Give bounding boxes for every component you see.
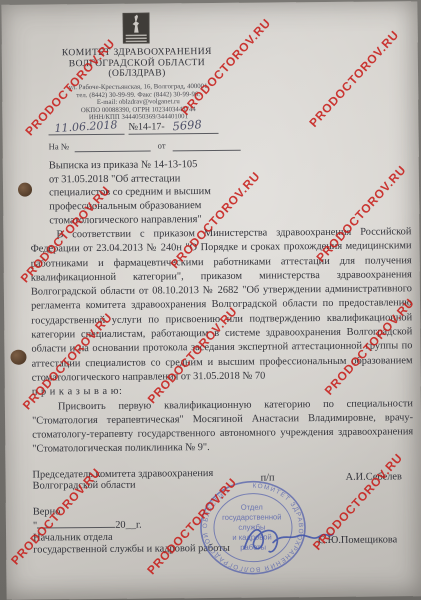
watermark: PRODOCTOROV.RU [306,28,401,130]
chairman-title-line2: Волгоградской области [33,480,136,492]
certify-date-blank: "20__г. [33,518,142,532]
volgograd-emblem-logo [122,13,149,44]
date-underline [49,134,125,136]
chairman-title-line1: Председатель комитета здравоохранения [32,468,213,481]
certify-date-underline [37,518,115,529]
na-no-underline [75,151,151,153]
org-name-block: КОМИТЕТ ЗДРАВООХРАНЕНИЯ ВОЛГОГРАДСКОЙ ОБ… [24,47,250,81]
org-name-line3: (ОБЛЗДРАВ) [24,68,250,81]
ot-label: от [158,140,166,150]
head-title-line1: Начальник отдела [33,532,113,544]
punch-hole-bottom [10,350,26,365]
pen-signature [240,512,336,565]
body-paragraph-1: В соответствии с приказом Министерства з… [30,225,412,386]
subject-block: Выписка из приказа № 14-13-105 от 31.05.… [49,157,290,228]
stamp-center-line1: Отдел [241,503,263,512]
certify-date-year: 20__г. [115,520,142,531]
document-body: В соответствии с приказом Министерства з… [30,225,413,457]
na-no-label: На № [49,141,69,151]
body-paragraph-2: Присвоить первую квалификационную катего… [32,397,413,458]
verno-label: Верно [33,506,61,517]
punch-hole-top [18,183,32,197]
org-contacts-block: ул. Рабоче-Крестьянская, 16, Волгоград, … [32,83,244,123]
outgoing-number-prefix: №14-17- [128,121,164,132]
ot-underline [173,150,241,152]
number-underline [129,133,219,135]
outgoing-number-handwritten: 5698 [172,117,202,133]
outgoing-date-handwritten: 11.06.2018 [54,118,118,135]
subject-line: стоматологического направления" [49,212,289,228]
paper-sheet: КОМИТЕТ ЗДРАВООХРАНЕНИЯ ВОЛГОГРАДСКОЙ ОБ… [1,1,421,600]
photographed-document: КОМИТЕТ ЗДРАВООХРАНЕНИЯ ВОЛГОГРАДСКОЙ ОБ… [0,0,421,600]
chairman-name: А.И.Себелев [346,471,402,482]
